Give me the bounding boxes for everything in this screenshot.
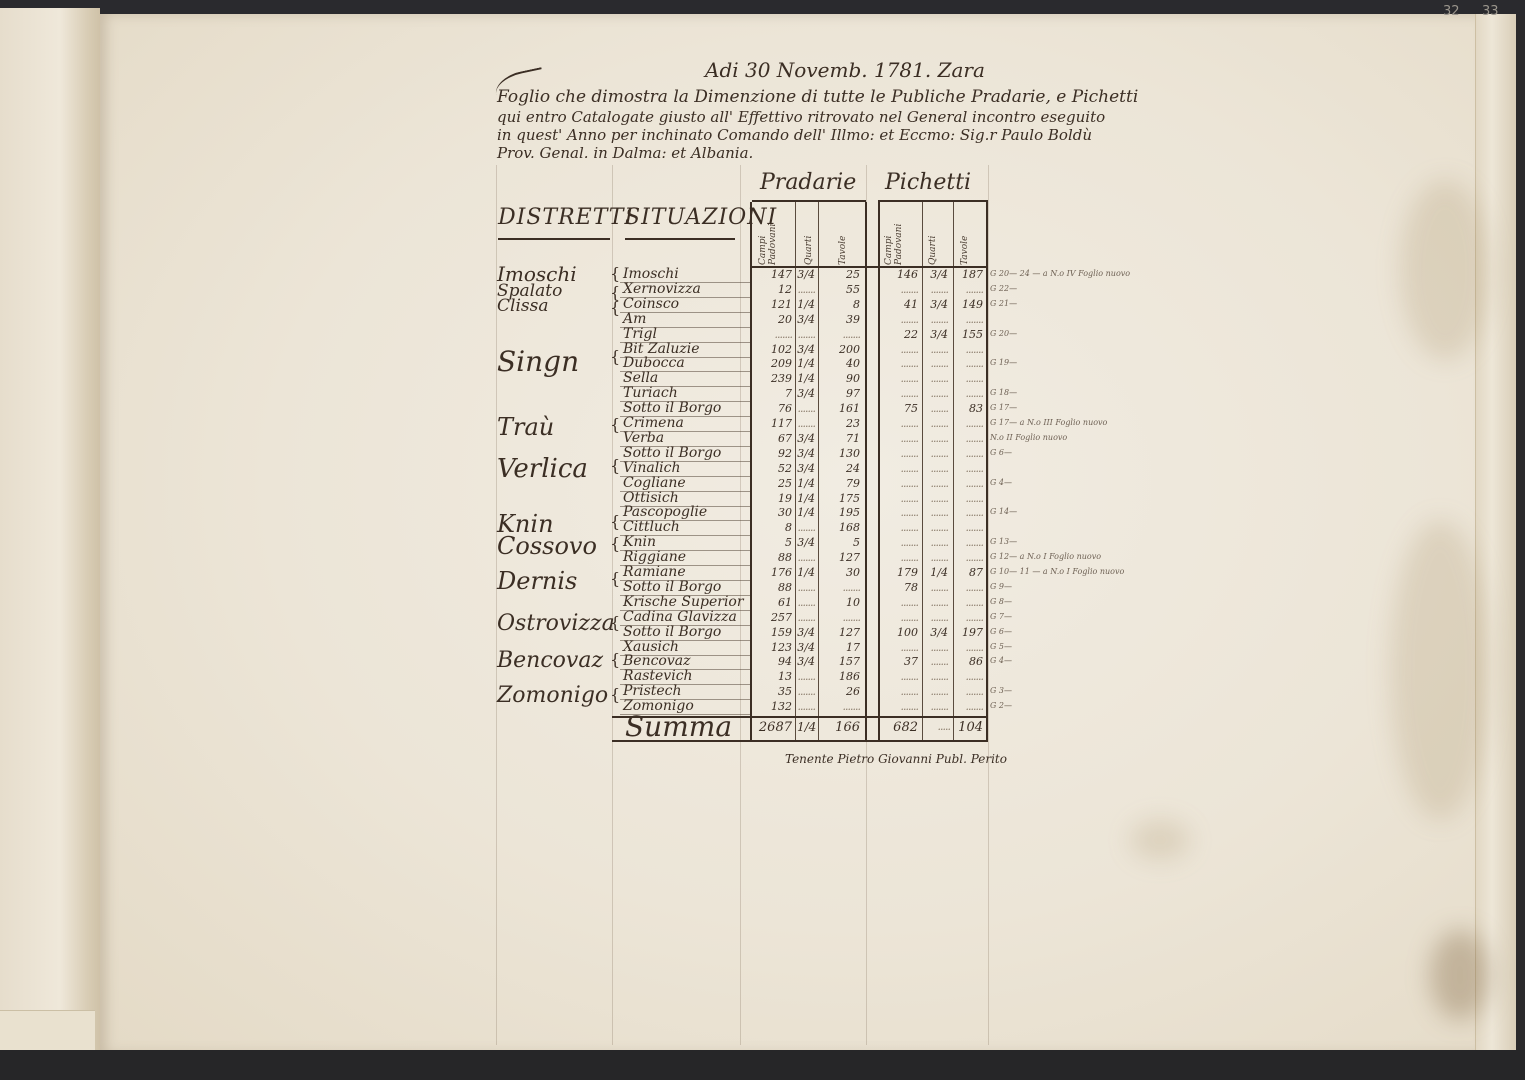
water-stain — [1130, 820, 1190, 860]
margin-note: G 22— — [990, 284, 1017, 293]
cell-p-tavole: 127 — [820, 551, 860, 564]
margin-note: G 3— — [990, 686, 1012, 695]
cell-empty: ....... — [880, 596, 918, 609]
cell-p-campi: 132 — [752, 700, 792, 713]
brace-icon: { — [610, 685, 620, 704]
cell-c-tavole: 197 — [955, 626, 983, 639]
cell-empty: ....... — [924, 521, 948, 534]
cell-c-quarti: 1/4 — [924, 566, 948, 579]
situazione-name: Sotto il Borgo — [623, 579, 721, 595]
summa-pradarie-tavole: 166 — [820, 720, 860, 735]
cell-p-tavole: 10 — [820, 596, 860, 609]
cell-c-campi: 146 — [880, 268, 918, 281]
cell-p-quarti: 3/4 — [797, 536, 815, 549]
cell-c-campi: 37 — [880, 655, 918, 668]
cell-c-campi: 78 — [880, 581, 918, 594]
situazione-name: Vinalich — [623, 460, 681, 476]
cell-p-campi: 5 — [752, 536, 792, 549]
cell-p-tavole: 157 — [820, 655, 860, 668]
cell-p-campi: 159 — [752, 626, 792, 639]
cell-p-quarti: 3/4 — [797, 641, 815, 654]
cell-empty: ....... — [924, 343, 948, 356]
situazione-name: Sotto il Borgo — [623, 445, 721, 461]
left-page-edge — [0, 8, 100, 1053]
cell-empty: ....... — [880, 521, 918, 534]
cell-p-campi: 209 — [752, 357, 792, 370]
cell-p-quarti: 3/4 — [797, 447, 815, 460]
cell-empty: ....... — [955, 521, 983, 534]
cell-empty: ....... — [924, 581, 948, 594]
grid-line — [795, 202, 796, 740]
cell-empty: ....... — [880, 372, 918, 385]
cell-empty: ....... — [924, 596, 948, 609]
situazione-name: Coinsco — [623, 296, 679, 312]
pichetti-title: Pichetti — [885, 170, 971, 195]
cell-p-tavole: 97 — [820, 387, 860, 400]
margin-note: G 17— a N.o III Foglio nuovo — [990, 418, 1107, 427]
subheader-tavole: Tavole — [838, 205, 852, 265]
margin-note: G 13— — [990, 537, 1017, 546]
cell-p-campi: 35 — [752, 685, 792, 698]
situazione-name: Xernovizza — [623, 281, 701, 297]
cell-c-tavole: 83 — [955, 402, 983, 415]
situazione-name: Rastevich — [623, 668, 693, 684]
heading-line-2: qui entro Catalogate giusto all' Effetti… — [497, 108, 1187, 126]
cell-p-tavole: 17 — [820, 641, 860, 654]
water-stain — [1400, 180, 1490, 360]
cell-p-quarti: 1/4 — [797, 506, 815, 519]
cell-empty: ....... — [797, 581, 815, 594]
cell-empty: ....... — [797, 521, 815, 534]
cell-c-campi: 100 — [880, 626, 918, 639]
cell-p-quarti: 3/4 — [797, 343, 815, 356]
brace-icon: { — [610, 650, 620, 669]
cell-p-tavole: 39 — [820, 313, 860, 326]
cell-empty: ....... — [924, 462, 948, 475]
cell-empty: ....... — [955, 492, 983, 505]
brace-icon: { — [610, 264, 620, 283]
cell-p-tavole: 25 — [820, 268, 860, 281]
situazione-name: Trigl — [623, 326, 657, 342]
cell-empty: ....... — [924, 611, 948, 624]
cell-empty: ....... — [924, 402, 948, 415]
district-name: Ostrovizza — [497, 611, 615, 636]
margin-note: G 14— — [990, 507, 1017, 516]
margin-note: G 8— — [990, 597, 1012, 606]
brace-icon: { — [610, 512, 620, 531]
cell-empty: ....... — [924, 536, 948, 549]
cell-empty: ....... — [820, 328, 860, 341]
brace-icon: { — [610, 613, 620, 632]
cell-empty: ....... — [820, 700, 860, 713]
margin-note: G 19— — [990, 358, 1017, 367]
district-name: Bencovaz — [497, 648, 603, 673]
cell-empty: ....... — [880, 536, 918, 549]
summa-pichetti-tavole: 104 — [955, 720, 983, 735]
cell-empty: ....... — [880, 670, 918, 683]
situazione-name: Cadina Glavizza — [623, 609, 737, 625]
pradarie-brace — [752, 200, 866, 202]
cell-empty: ....... — [880, 417, 918, 430]
cell-empty: ....... — [955, 611, 983, 624]
cell-empty: ....... — [955, 372, 983, 385]
situazione-name: Imoschi — [623, 266, 679, 282]
district-name: Zomonigo — [497, 683, 608, 708]
cell-empty: ....... — [797, 611, 815, 624]
cell-p-tavole: 195 — [820, 506, 860, 519]
cell-p-campi: 20 — [752, 313, 792, 326]
cell-p-tavole: 79 — [820, 477, 860, 490]
cell-empty: ....... — [797, 596, 815, 609]
situazione-name: Riggiane — [623, 549, 686, 565]
districts-underline — [498, 238, 610, 240]
cell-p-campi: 92 — [752, 447, 792, 460]
cell-empty: ....... — [797, 283, 815, 296]
cell-p-tavole: 24 — [820, 462, 860, 475]
heading-line-4: Prov. Genal. in Dalma: et Albania. — [497, 144, 1187, 162]
cell-p-tavole: 30 — [820, 566, 860, 579]
cell-empty: ....... — [880, 357, 918, 370]
cell-c-quarti: 3/4 — [924, 298, 948, 311]
summa-pichetti-campi: 682 — [880, 720, 918, 735]
margin-note: G 12— a N.o I Foglio nuovo — [990, 552, 1101, 561]
cell-c-tavole: 187 — [955, 268, 983, 281]
situazione-name: Sella — [623, 370, 658, 386]
situazione-name: Crimena — [623, 415, 684, 431]
situazioni-underline — [625, 238, 735, 240]
cell-empty: ....... — [820, 611, 860, 624]
cell-empty: ....... — [880, 477, 918, 490]
cell-p-quarti: 3/4 — [797, 655, 815, 668]
grid-line — [922, 202, 923, 740]
district-name: Dernis — [497, 567, 577, 595]
cell-empty: ....... — [955, 641, 983, 654]
cell-empty: ....... — [797, 402, 815, 415]
cell-empty: ....... — [924, 641, 948, 654]
cell-empty: ....... — [955, 700, 983, 713]
cell-p-campi: 30 — [752, 506, 792, 519]
districts-header: DISTRETTI — [498, 205, 634, 230]
cell-p-campi: 88 — [752, 551, 792, 564]
cell-c-campi: 22 — [880, 328, 918, 341]
pradarie-title: Pradarie — [760, 170, 856, 195]
water-stain — [1430, 930, 1490, 1020]
situazione-name: Knin — [623, 534, 656, 550]
cell-c-tavole: 87 — [955, 566, 983, 579]
cell-empty: ....... — [880, 700, 918, 713]
cell-empty: ....... — [880, 551, 918, 564]
situazione-name: Ramiane — [623, 564, 686, 580]
margin-note: G 21— — [990, 299, 1017, 308]
cell-c-quarti: 3/4 — [924, 268, 948, 281]
cell-p-campi: 147 — [752, 268, 792, 281]
cell-empty: ....... — [955, 670, 983, 683]
cell-c-campi: 179 — [880, 566, 918, 579]
cell-p-quarti: 3/4 — [797, 462, 815, 475]
situazione-name: Bencovaz — [623, 653, 691, 669]
grid-line — [986, 202, 988, 740]
cell-empty: ....... — [924, 477, 948, 490]
cell-empty: ....... — [955, 551, 983, 564]
cell-empty: ....... — [880, 283, 918, 296]
cell-empty: ....... — [955, 536, 983, 549]
margin-note: G 7— — [990, 612, 1012, 621]
cell-empty: ....... — [955, 343, 983, 356]
situazione-name: Sotto il Borgo — [623, 400, 721, 416]
situazione-name: Turiach — [623, 385, 678, 401]
cell-p-tavole: 161 — [820, 402, 860, 415]
situazione-name: Cogliane — [623, 475, 686, 491]
cell-empty: ....... — [880, 685, 918, 698]
cell-empty: ....... — [924, 551, 948, 564]
cell-p-quarti: 1/4 — [797, 477, 815, 490]
subheader-quarti: Quarti — [804, 205, 818, 265]
cell-empty: ....... — [955, 685, 983, 698]
cell-empty: ....... — [924, 506, 948, 519]
situazioni-header: SITUAZIONI — [625, 205, 777, 230]
cell-empty: ....... — [955, 506, 983, 519]
brace-icon: { — [610, 347, 620, 366]
margin-note: G 9— — [990, 582, 1012, 591]
cell-empty: ....... — [880, 343, 918, 356]
district-name: Traù — [497, 413, 554, 441]
grid-line — [953, 202, 954, 740]
cell-c-campi: 41 — [880, 298, 918, 311]
cell-empty: ....... — [924, 313, 948, 326]
cell-empty: ....... — [924, 372, 948, 385]
cell-p-quarti: 3/4 — [797, 387, 815, 400]
cell-p-campi: 76 — [752, 402, 792, 415]
cell-p-tavole: 23 — [820, 417, 860, 430]
cell-p-campi: 121 — [752, 298, 792, 311]
cell-empty: ....... — [955, 283, 983, 296]
book-binding-bottom — [0, 1050, 1525, 1080]
cell-empty: ....... — [924, 670, 948, 683]
ruling-line — [988, 165, 989, 1045]
cell-empty: ....... — [752, 328, 792, 341]
district-name: Verlica — [497, 454, 588, 484]
grid-line — [818, 202, 819, 740]
cell-empty: ....... — [797, 417, 815, 430]
cell-p-campi: 67 — [752, 432, 792, 445]
summa-pradarie-quarti: 1/4 — [797, 720, 815, 734]
cell-p-quarti: 3/4 — [797, 626, 815, 639]
cell-empty: ....... — [955, 462, 983, 475]
cell-empty: ....... — [880, 492, 918, 505]
cell-empty: ....... — [924, 283, 948, 296]
brace-icon: { — [610, 534, 620, 553]
cell-c-tavole: 86 — [955, 655, 983, 668]
cell-p-quarti: 1/4 — [797, 492, 815, 505]
district-name: Singn — [497, 345, 579, 378]
cell-p-campi: 8 — [752, 521, 792, 534]
cell-p-tavole: 186 — [820, 670, 860, 683]
summa-pradarie-campi: 2687 — [752, 720, 792, 735]
subheader-tavole: Tavole — [960, 205, 974, 265]
situazione-name: Sotto il Borgo — [623, 624, 721, 640]
cell-empty: ....... — [880, 432, 918, 445]
cell-empty: ....... — [955, 387, 983, 400]
cell-empty: ....... — [797, 328, 815, 341]
cell-p-campi: 88 — [752, 581, 792, 594]
brace-icon: { — [610, 456, 620, 475]
subheader-quarti: Quarti — [928, 205, 942, 265]
cell-p-quarti: 1/4 — [797, 566, 815, 579]
brace-icon: { — [610, 569, 620, 588]
folio-number-32: 32 — [1443, 4, 1460, 19]
cell-p-tavole: 5 — [820, 536, 860, 549]
signature: Tenente Pietro Giovanni Publ. Perito — [785, 752, 1007, 766]
cell-p-campi: 117 — [752, 417, 792, 430]
cell-p-campi: 176 — [752, 566, 792, 579]
cell-empty: ....... — [924, 492, 948, 505]
cell-c-tavole: 149 — [955, 298, 983, 311]
cell-p-campi: 94 — [752, 655, 792, 668]
left-page-flap — [0, 1010, 95, 1051]
margin-note: G 4— — [990, 656, 1012, 665]
right-page-edge — [1475, 14, 1516, 1054]
cell-p-campi: 7 — [752, 387, 792, 400]
cell-empty: ....... — [924, 432, 948, 445]
situazione-name: Dubocca — [623, 355, 685, 371]
margin-note: N.o II Foglio nuovo — [990, 433, 1067, 442]
cell-c-quarti: 3/4 — [924, 626, 948, 639]
brace-icon: { — [610, 298, 620, 317]
cell-p-quarti: 1/4 — [797, 357, 815, 370]
cell-p-campi: 12 — [752, 283, 792, 296]
cell-p-tavole: 90 — [820, 372, 860, 385]
margin-note: G 4— — [990, 478, 1012, 487]
folio-number-33: 33 — [1482, 4, 1499, 19]
summa-label: Summa — [625, 710, 732, 743]
cell-empty: ....... — [924, 700, 948, 713]
cell-empty: ....... — [880, 387, 918, 400]
cell-c-tavole: 155 — [955, 328, 983, 341]
margin-note: G 6— — [990, 448, 1012, 457]
subheader-campi-padovani: Campi Padovani — [758, 205, 772, 265]
district-name: Cossovo — [497, 532, 597, 560]
cell-p-quarti: 3/4 — [797, 268, 815, 281]
situazione-name: Krische Superior — [623, 594, 744, 610]
cell-empty: ....... — [880, 611, 918, 624]
cell-empty: ....... — [924, 685, 948, 698]
cell-p-tavole: 55 — [820, 283, 860, 296]
cell-p-campi: 61 — [752, 596, 792, 609]
cell-empty: ....... — [797, 685, 815, 698]
cell-empty: ....... — [924, 357, 948, 370]
cell-empty: ....... — [797, 700, 815, 713]
margin-note: G 20— — [990, 329, 1017, 338]
district-name: Clissa — [497, 296, 548, 316]
cell-empty: ....... — [797, 670, 815, 683]
cell-p-tavole: 40 — [820, 357, 860, 370]
brace-icon: { — [610, 415, 620, 434]
subheader-campi-padovani: Campi Padovani — [884, 205, 898, 265]
cell-p-tavole: 127 — [820, 626, 860, 639]
summa-pichetti-quarti-empty: ..... — [926, 720, 950, 733]
water-stain — [1390, 520, 1490, 820]
cell-empty: ....... — [880, 447, 918, 460]
cell-p-quarti: 3/4 — [797, 313, 815, 326]
cell-p-quarti: 3/4 — [797, 432, 815, 445]
cell-empty: ....... — [955, 357, 983, 370]
cell-empty: ....... — [955, 417, 983, 430]
cell-p-tavole: 26 — [820, 685, 860, 698]
cell-p-tavole: 130 — [820, 447, 860, 460]
cell-p-tavole: 200 — [820, 343, 860, 356]
situazione-name: Verba — [623, 430, 664, 446]
cell-empty: ....... — [820, 581, 860, 594]
cell-empty: ....... — [924, 447, 948, 460]
cell-p-tavole: 8 — [820, 298, 860, 311]
cell-empty: ....... — [880, 641, 918, 654]
cell-p-tavole: 71 — [820, 432, 860, 445]
cell-empty: ....... — [924, 387, 948, 400]
cell-empty: ....... — [955, 432, 983, 445]
cell-empty: ....... — [955, 447, 983, 460]
cell-p-tavole: 175 — [820, 492, 860, 505]
cell-p-quarti: 1/4 — [797, 298, 815, 311]
margin-note: G 5— — [990, 642, 1012, 651]
situazione-name: Pascopoglie — [623, 504, 707, 520]
cell-p-campi: 257 — [752, 611, 792, 624]
cell-c-quarti: 3/4 — [924, 328, 948, 341]
cell-p-campi: 239 — [752, 372, 792, 385]
cell-empty: ....... — [955, 596, 983, 609]
cell-p-campi: 52 — [752, 462, 792, 475]
heading-line-1: Foglio che dimostra la Dimenzione di tut… — [497, 88, 1187, 106]
cell-p-campi: 123 — [752, 641, 792, 654]
cell-empty: ....... — [880, 462, 918, 475]
cell-empty: ....... — [880, 506, 918, 519]
situazione-name: Cittluch — [623, 519, 680, 535]
margin-note: G 18— — [990, 388, 1017, 397]
cell-p-tavole: 168 — [820, 521, 860, 534]
margin-note: G 20— 24 — a N.o IV Foglio nuovo — [990, 269, 1130, 278]
cell-c-campi: 75 — [880, 402, 918, 415]
situazione-name: Pristech — [623, 683, 682, 699]
cell-empty: ....... — [797, 551, 815, 564]
cell-empty: ....... — [955, 313, 983, 326]
cell-empty: ....... — [955, 581, 983, 594]
cell-empty: ....... — [924, 417, 948, 430]
pichetti-brace — [878, 200, 988, 202]
cell-empty: ....... — [924, 655, 948, 668]
margin-note: G 2— — [990, 701, 1012, 710]
cell-p-campi: 13 — [752, 670, 792, 683]
cell-p-campi: 19 — [752, 492, 792, 505]
cell-p-campi: 25 — [752, 477, 792, 490]
situazione-name: Am — [623, 311, 646, 327]
margin-note: G 6— — [990, 627, 1012, 636]
cell-p-campi: 102 — [752, 343, 792, 356]
cell-empty: ....... — [880, 313, 918, 326]
cell-empty: ....... — [955, 477, 983, 490]
margin-note: G 17— — [990, 403, 1017, 412]
cell-p-quarti: 1/4 — [797, 372, 815, 385]
grid-line — [865, 202, 867, 740]
date-line: Adi 30 Novemb. 1781. Zara — [705, 58, 985, 82]
margin-note: G 10— 11 — a N.o I Foglio nuovo — [990, 567, 1124, 576]
heading-line-3: in quest' Anno per inchinato Comando del… — [497, 126, 1187, 144]
